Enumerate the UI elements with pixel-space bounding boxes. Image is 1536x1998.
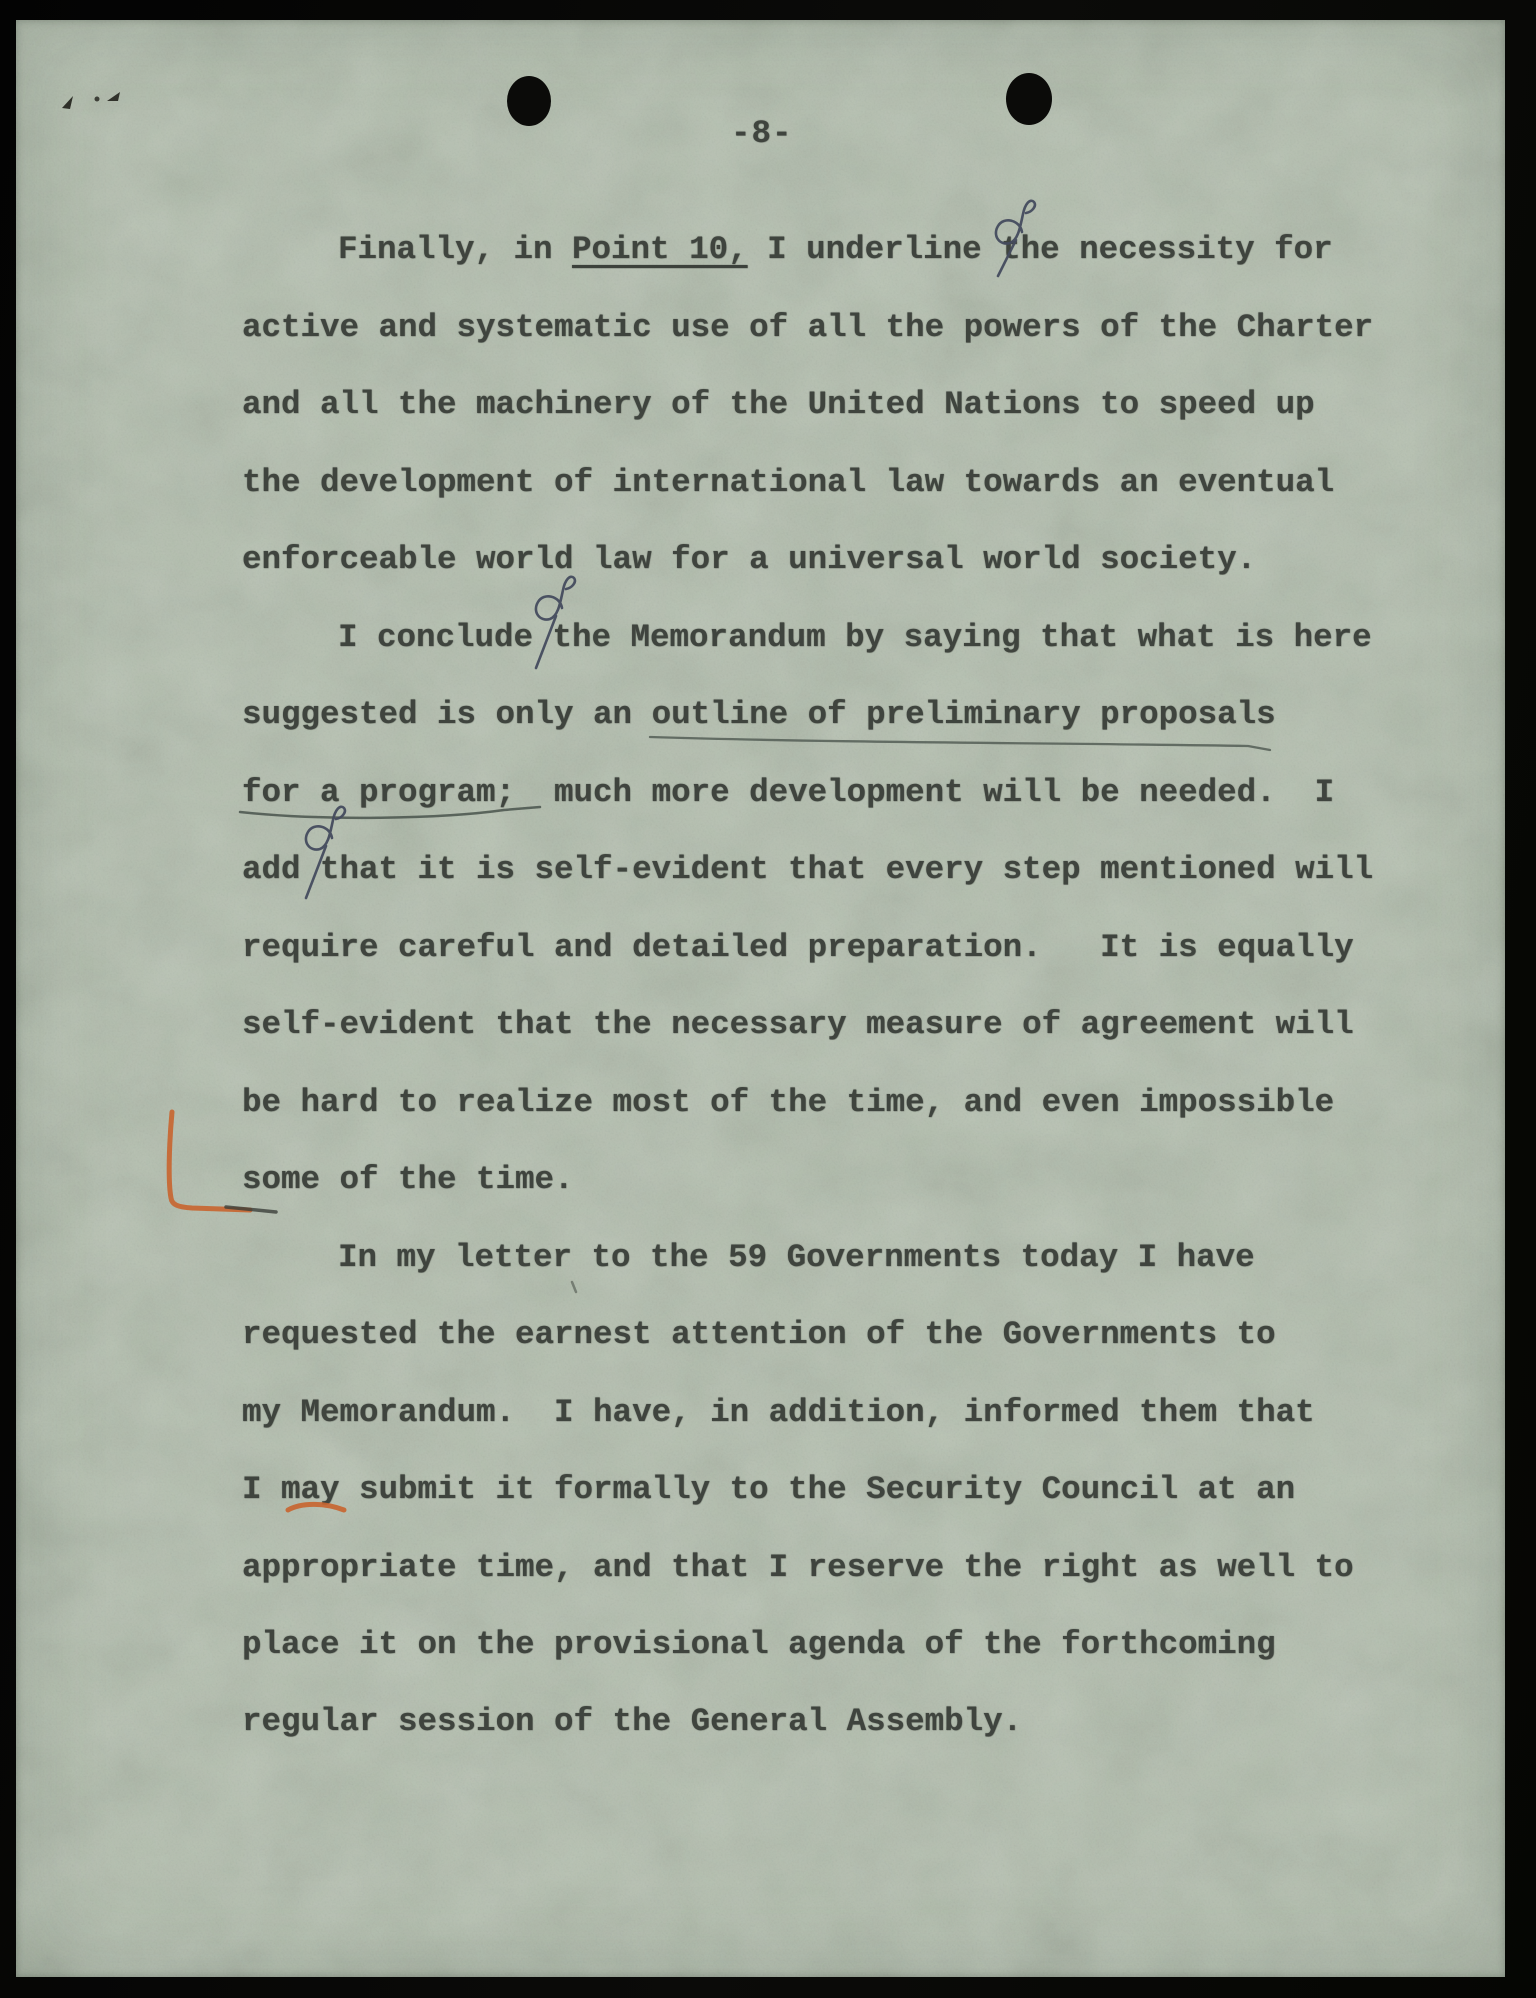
typed-text: place it on the provisional agenda of th… [242,1626,1276,1663]
typed-line-17: I may submit it formally to the Security… [242,1464,1295,1516]
typed-text: self-evident that the necessary measure … [242,1006,1354,1043]
typed-line-8: for a program; much more development wil… [242,767,1334,819]
typed-line-9: add that it is self-evident that every s… [242,844,1373,896]
typed-line-12: be hard to realize most of the time, and… [242,1077,1334,1129]
typed-text: add that it is self-evident that every s… [242,851,1373,888]
typed-line-18: appropriate time, and that I reserve the… [242,1542,1354,1594]
typed-line-4: the development of international law tow… [242,457,1334,509]
typed-text: require careful and detailed preparation… [242,929,1354,966]
typed-line-6: I conclude the Memorandum by saying that… [338,612,1372,664]
typed-text-layer: -8- Finally, in Point 10, I underline th… [0,0,1536,1998]
typed-line-7: suggested is only an outline of prelimin… [242,689,1276,741]
typed-line-19: place it on the provisional agenda of th… [242,1619,1276,1671]
typed-text: I may submit it formally to the Security… [242,1471,1295,1508]
typed-text: suggested is only an outline of prelimin… [242,696,1276,733]
typed-line-16: my Memorandum. I have, in addition, info… [242,1387,1315,1439]
typed-line-1: Finally, in Point 10, I underline the ne… [338,224,1333,276]
typed-text: Finally, in [338,231,572,268]
typed-text: some of the time. [242,1161,574,1198]
typed-text: appropriate time, and that I reserve the… [242,1549,1354,1586]
typed-line-10: require careful and detailed preparation… [242,922,1354,974]
typed-text: be hard to realize most of the time, and… [242,1084,1334,1121]
typed-line-15: requested the earnest attention of the G… [242,1309,1276,1361]
underlined-phrase: Point 10, [572,231,748,268]
typed-text: for a program; much more development wil… [242,774,1334,811]
typed-line-13: some of the time. [242,1154,574,1206]
typed-text: I underline the necessity for [748,231,1333,268]
typed-line-5: enforceable world law for a universal wo… [242,534,1256,586]
typed-line-20: regular session of the General Assembly. [242,1696,1022,1748]
typed-line-11: self-evident that the necessary measure … [242,999,1354,1051]
typed-text: active and systematic use of all the pow… [242,309,1373,346]
typed-text: In my letter to the 59 Governments today… [338,1239,1255,1276]
typed-text: my Memorandum. I have, in addition, info… [242,1394,1315,1431]
typed-text: I conclude the Memorandum by saying that… [338,619,1372,656]
page-number: -8- [731,108,793,160]
typed-text: and all the machinery of the United Nati… [242,386,1315,423]
typed-line-14: In my letter to the 59 Governments today… [338,1232,1255,1284]
typed-text: requested the earnest attention of the G… [242,1316,1276,1353]
typed-text: enforceable world law for a universal wo… [242,541,1256,578]
typed-line-3: and all the machinery of the United Nati… [242,379,1315,431]
typed-line-2: active and systematic use of all the pow… [242,302,1373,354]
typed-text: regular session of the General Assembly. [242,1703,1022,1740]
typed-text: the development of international law tow… [242,464,1334,501]
